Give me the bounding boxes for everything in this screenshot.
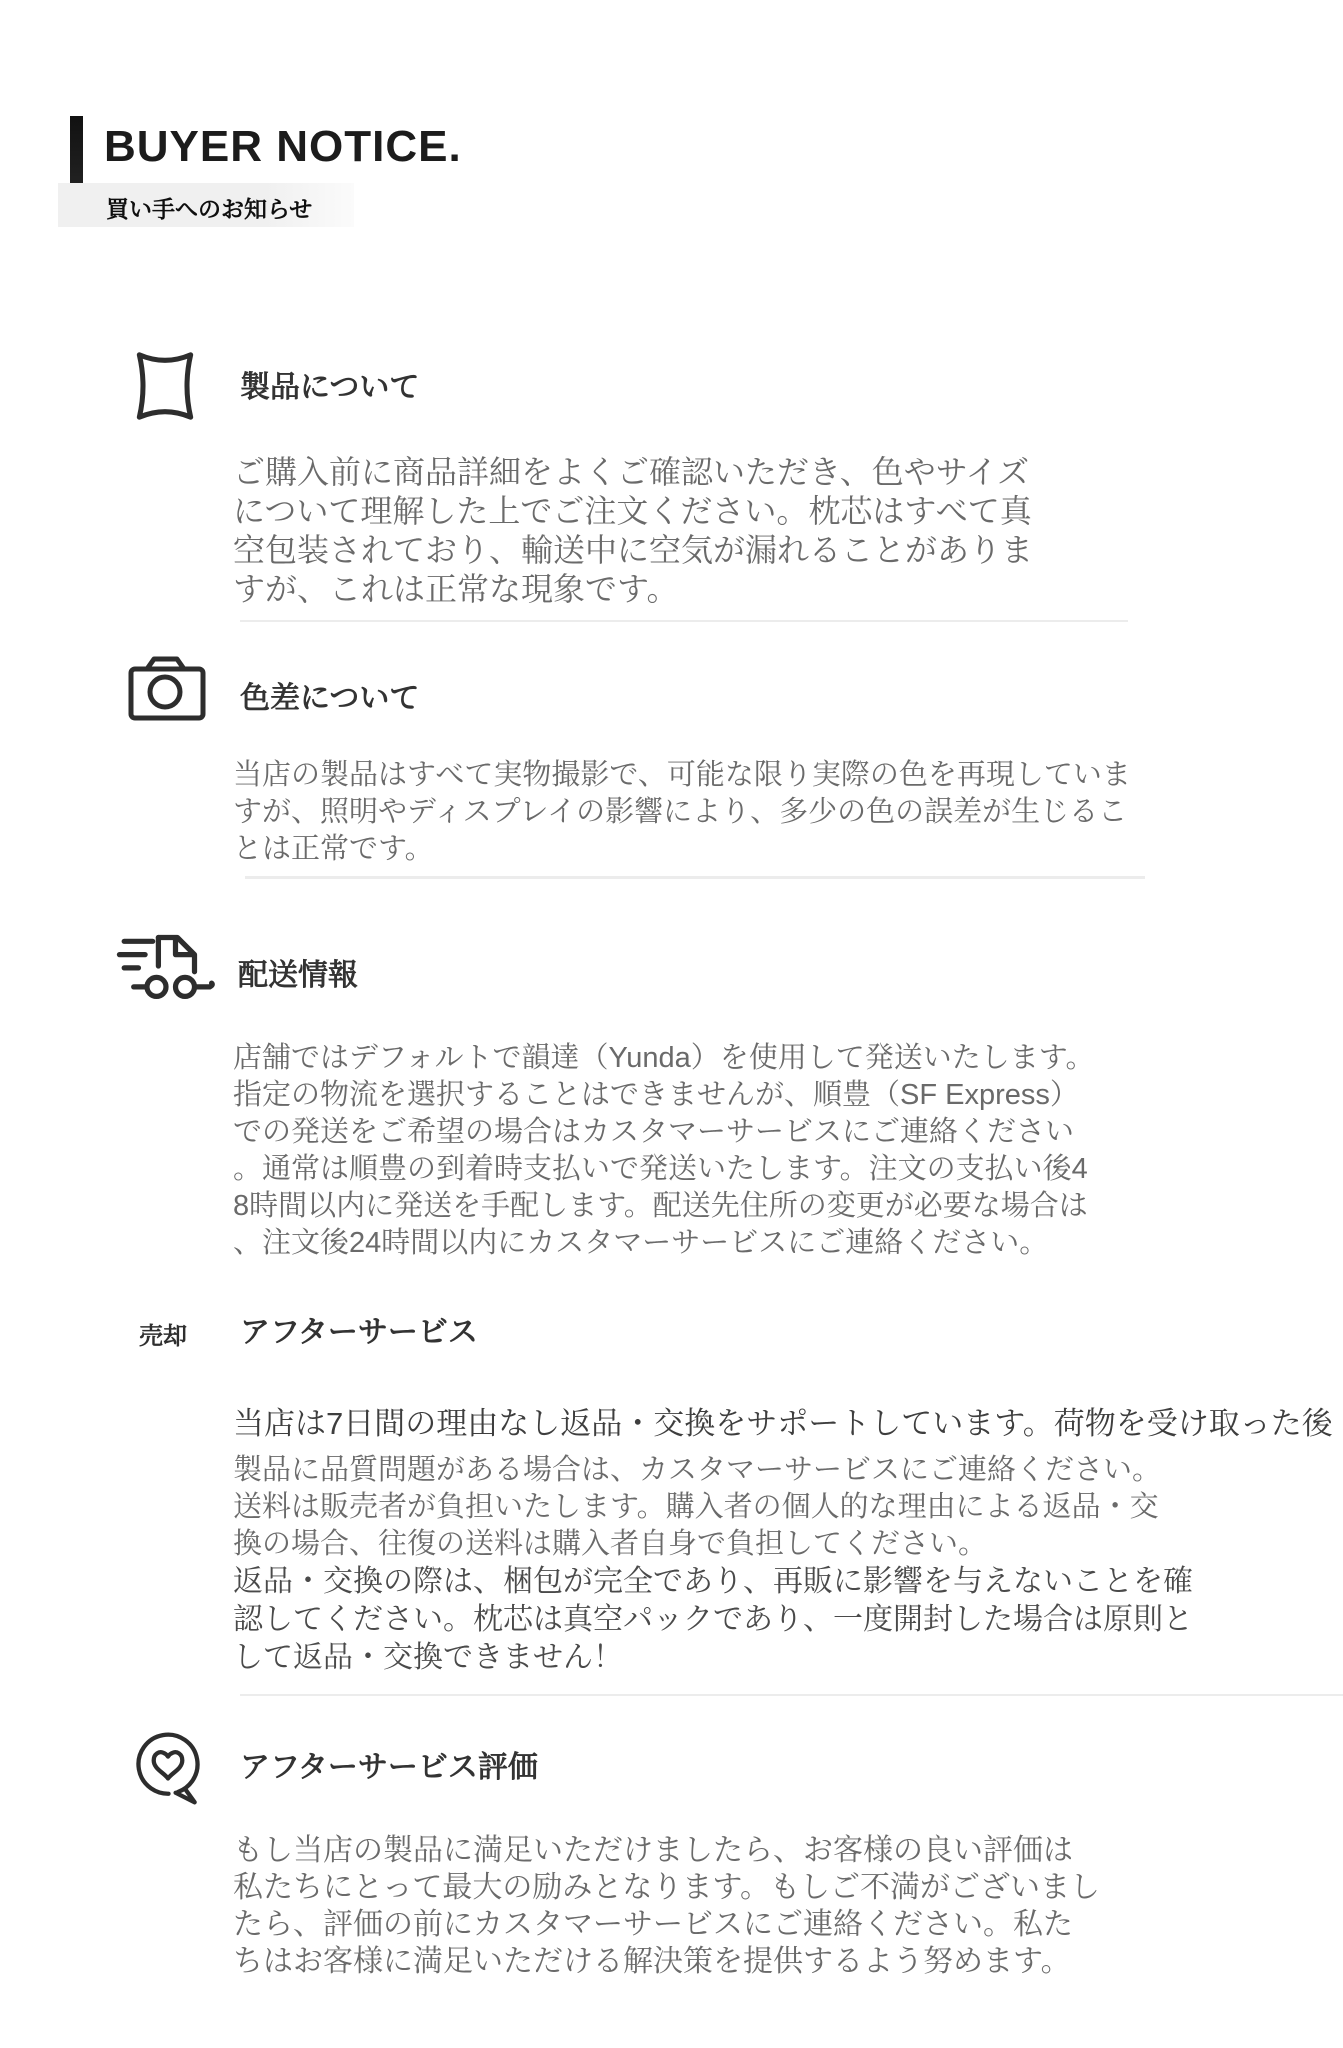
page: { "header": { "title": "BUYER NOTICE.", … xyxy=(0,0,1343,2048)
page-subtitle: 買い手へのお知らせ xyxy=(106,191,312,224)
section-body-review: もし当店の製品に満足いただけましたら、お客様の良い評価は 私たちにとって最大の励… xyxy=(233,1832,1193,1980)
seller-label: 売却 xyxy=(139,1316,187,1351)
section-intro-afterservice: 当店は7日間の理由なし返品・交換をサポートしています。荷物を受け取った後 xyxy=(233,1398,1343,1443)
section-divider xyxy=(240,620,1128,622)
section-divider xyxy=(245,876,1145,879)
heart-bubble-icon xyxy=(128,1726,208,1810)
section-heading-shipping: 配送情報 xyxy=(238,950,358,994)
pillow-icon xyxy=(132,346,198,426)
section-body-product: ご購入前に商品詳細をよくご確認いただき、色やサイズ について理解した上でご注文く… xyxy=(233,453,1053,609)
page-title: BUYER NOTICE. xyxy=(104,122,462,172)
section-heading-afterservice: アフターサービス xyxy=(240,1307,478,1351)
section-body-color: 当店の製品はすべて実物撮影で、可能な限り実際の色を再現していま すが、照明やディ… xyxy=(233,757,1193,868)
section-warning-afterservice: 返品・交換の際は、梱包が完全であり、再販に影響を与えないことを確 認してください… xyxy=(233,1563,1253,1677)
section-body-afterservice: 製品に品質問題がある場合は、カスタマーサービスにご連絡ください。 送料は販売者が… xyxy=(233,1452,1233,1563)
section-heading-review: アフターサービス評価 xyxy=(240,1742,538,1786)
section-divider xyxy=(240,1694,1343,1696)
camera-icon xyxy=(127,656,207,722)
section-heading-product: 製品について xyxy=(240,362,419,406)
section-body-shipping: 店舗ではデフォルトで韻達（Yunda）を使用して発送いたします。 指定の物流を選… xyxy=(233,1040,1193,1262)
section-heading-color: 色差について xyxy=(240,673,419,717)
truck-icon xyxy=(116,928,216,1004)
